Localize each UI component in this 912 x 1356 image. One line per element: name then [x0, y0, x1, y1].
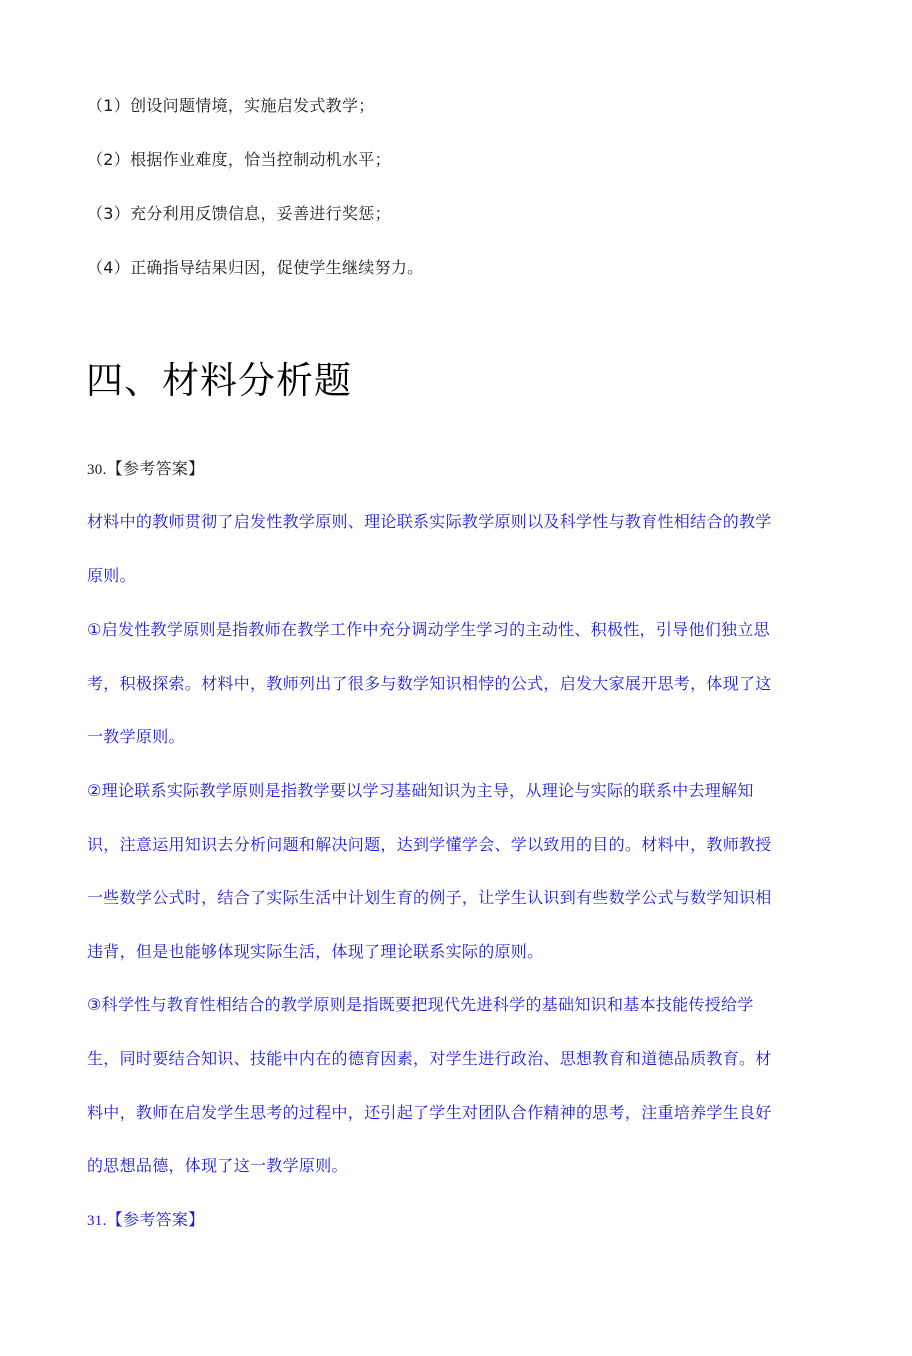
q30-line: 一教学原则。	[87, 727, 185, 747]
q30-line: ③科学性与教育性相结合的教学原则是指既要把现代先进科学的基础知识和基本技能传授给…	[87, 995, 754, 1015]
q31-header: 31.【参考答案】	[87, 1210, 204, 1231]
q30-line: ①启发性教学原则是指教师在教学工作中充分调动学生学习的主动性、积极性，引导他们独…	[87, 620, 770, 640]
q30-line: 原则。	[87, 566, 136, 586]
q30-label: 【参考答案】	[107, 459, 205, 478]
list-item-4: （4）正确指导结果归因，促使学生继续努力。	[87, 258, 423, 278]
q30-number: 30.	[87, 462, 107, 478]
list-item-3: （3）充分利用反馈信息，妥善进行奖惩；	[87, 204, 391, 224]
q30-line: 材料中的教师贯彻了启发性教学原则、理论联系实际教学原则以及科学性与教育性相结合的…	[87, 512, 772, 532]
document-page: （1）创设问题情境，实施启发式教学； （2）根据作业难度，恰当控制动机水平； （…	[0, 0, 912, 1356]
section-heading: 四、材料分析题	[86, 358, 352, 404]
q31-label: 【参考答案】	[107, 1210, 205, 1229]
q30-line: 生，同时要结合知识、技能中内在的德育因素，对学生进行政治、思想教育和道德品质教育…	[87, 1049, 772, 1069]
q30-line: ②理论联系实际教学原则是指教学要以学习基础知识为主导，从理论与实际的联系中去理解…	[87, 781, 754, 801]
q30-line: 识，注意运用知识去分析问题和解决问题，达到学懂学会、学以致用的目的。材料中，教师…	[87, 835, 772, 855]
q30-line: 料中，教师在启发学生思考的过程中，还引起了学生对团队合作精神的思考，注重培养学生…	[87, 1103, 772, 1123]
q30-line: 一些数学公式时，结合了实际生活中计划生育的例子，让学生认识到有些数学公式与数学知…	[87, 888, 772, 908]
q30-line: 违背，但是也能够体现实际生活，体现了理论联系实际的原则。	[87, 942, 543, 962]
q30-line: 考，积极探索。材料中，教师列出了很多与数学知识相悖的公式，启发大家展开思考，体现…	[87, 674, 772, 694]
list-item-1: （1）创设问题情境，实施启发式教学；	[87, 96, 375, 116]
list-item-2: （2）根据作业难度，恰当控制动机水平；	[87, 150, 391, 170]
q31-number: 31.	[87, 1213, 107, 1229]
q30-header: 30.【参考答案】	[87, 459, 204, 480]
q30-line: 的思想品德，体现了这一教学原则。	[87, 1156, 348, 1176]
